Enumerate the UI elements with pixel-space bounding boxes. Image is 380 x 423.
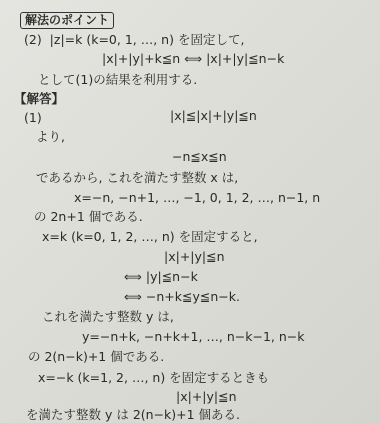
point-item2-text: |z|=k (k=0, 1, …, n) を固定して, (50, 32, 245, 47)
eq1: |x|+|y|≦n (164, 249, 225, 265)
count3: を満たす整数 y は 2(n−k)+1 個ある. (26, 407, 240, 423)
count1: の 2n+1 個である. (34, 209, 143, 225)
eq2: ⟺ |y|≦n−k (124, 269, 198, 285)
ineq2: −n≦x≦n (172, 149, 227, 165)
count2: の 2(n−k)+1 個である. (28, 349, 164, 365)
answer-item1-label: (1) (24, 110, 42, 126)
point-equiv: |x|+|y|+k≦n ⟺ |x|+|y|≦n−k (102, 51, 284, 67)
fix-text2: x=−k (k=1, 2, …, n) を固定するときも (38, 370, 269, 386)
item-label: (2) (24, 32, 42, 47)
eq4: |x|+|y|≦n (176, 389, 237, 405)
point-conclusion: として(1)の結果を利用する. (38, 72, 197, 88)
x-values: x=−n, −n+1, …, −1, 0, 1, 2, …, n−1, n (74, 190, 320, 206)
fix-text: x=k (k=0, 1, 2, …, n) を固定すると, (42, 229, 258, 245)
text2: これを満たす整数 y は, (42, 309, 174, 325)
ineq1: |x|≦|x|+|y|≦n (170, 108, 257, 124)
yori-text: より, (36, 129, 65, 145)
point-title-box: 解法のポイント (20, 12, 114, 29)
answer-title: 【解答】 (14, 91, 64, 107)
point-title: 解法のポイント (20, 12, 114, 29)
point-item2: (2) |z|=k (k=0, 1, …, n) を固定して, (24, 32, 244, 48)
eq3: ⟺ −n+k≦y≦n−k. (124, 289, 240, 305)
text1: であるから, これを満たす整数 x は, (36, 170, 238, 186)
y-values: y=−n+k, −n+k+1, …, n−k−1, n−k (82, 329, 305, 345)
